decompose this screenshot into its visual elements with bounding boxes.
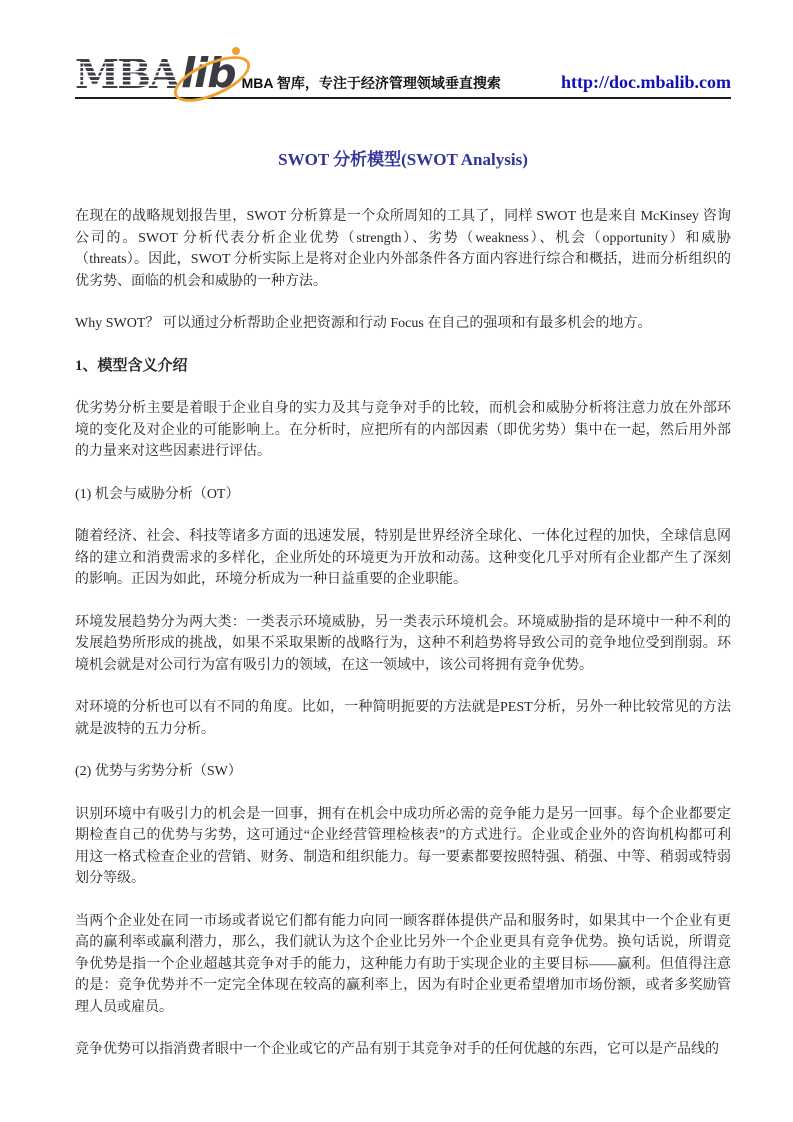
subheading-strength-weakness: (2) 优势与劣势分析（SW）: [75, 761, 731, 783]
paragraph-sw-ot-overview: 优劣势分析主要是着眼于企业自身的实力及其与竞争对手的比较，而机会和威胁分析将注意…: [75, 398, 731, 463]
paragraph-consumer-view: 竞争优势可以指消费者眼中一个企业或它的产品有别于其竞争对手的任何优越的东西，它可…: [75, 1039, 731, 1061]
heading-model-introduction: 1、模型含义介绍: [75, 356, 731, 378]
paragraph-environment-trends: 环境发展趋势分为两大类：一类表示环境威胁，另一类表示环境机会。环境威胁指的是环境…: [75, 612, 731, 677]
document-body: 在现在的战略规划报告里，SWOT 分析算是一个众所周知的工具了，同样 SWOT …: [75, 206, 731, 1061]
site-url-link[interactable]: http://doc.mbalib.com: [561, 73, 731, 92]
document-title: SWOT 分析模型(SWOT Analysis): [75, 145, 731, 170]
logo-mba-text: MBA: [75, 59, 178, 92]
logo-lib-wrap: lib: [181, 55, 235, 92]
page-header: MBA lib MBA 智库，专注于经济管理领域垂直搜索 http://doc.…: [75, 55, 731, 99]
paragraph-identify-opportunities: 识别环境中有吸引力的机会是一回事，拥有在机会中成功所必需的竞争能力是另一回事。每…: [75, 804, 731, 890]
mbalib-logo: MBA lib: [75, 55, 236, 92]
paragraph-competitive-advantage: 当两个企业处在同一市场或者说它们都有能力向同一顾客群体提供产品和服务时，如果其中…: [75, 911, 731, 1019]
brand: MBA lib MBA 智库，专注于经济管理领域垂直搜索: [75, 55, 501, 92]
paragraph-environment-development: 随着经济、社会、科技等诸多方面的迅速发展，特别是世界经济全球化、一体化过程的加快…: [75, 526, 731, 591]
logo-orbit-dot-icon: [232, 47, 240, 55]
subheading-opportunity-threat: (1) 机会与威胁分析（OT）: [75, 484, 731, 506]
logo-lib-text: lib: [181, 49, 235, 97]
document-page: MBA lib MBA 智库，专注于经济管理领域垂直搜索 http://doc.…: [0, 0, 793, 1122]
site-tagline: MBA 智库，专注于经济管理领域垂直搜索: [242, 76, 501, 92]
paragraph-why-swot: Why SWOT？ 可以通过分析帮助企业把资源和行动 Focus 在自己的强项和…: [75, 313, 731, 335]
paragraph-analysis-angles: 对环境的分析也可以有不同的角度。比如，一种简明扼要的方法就是PEST分析，另外一…: [75, 697, 731, 740]
paragraph-swot-intro: 在现在的战略规划报告里，SWOT 分析算是一个众所周知的工具了，同样 SWOT …: [75, 206, 731, 292]
